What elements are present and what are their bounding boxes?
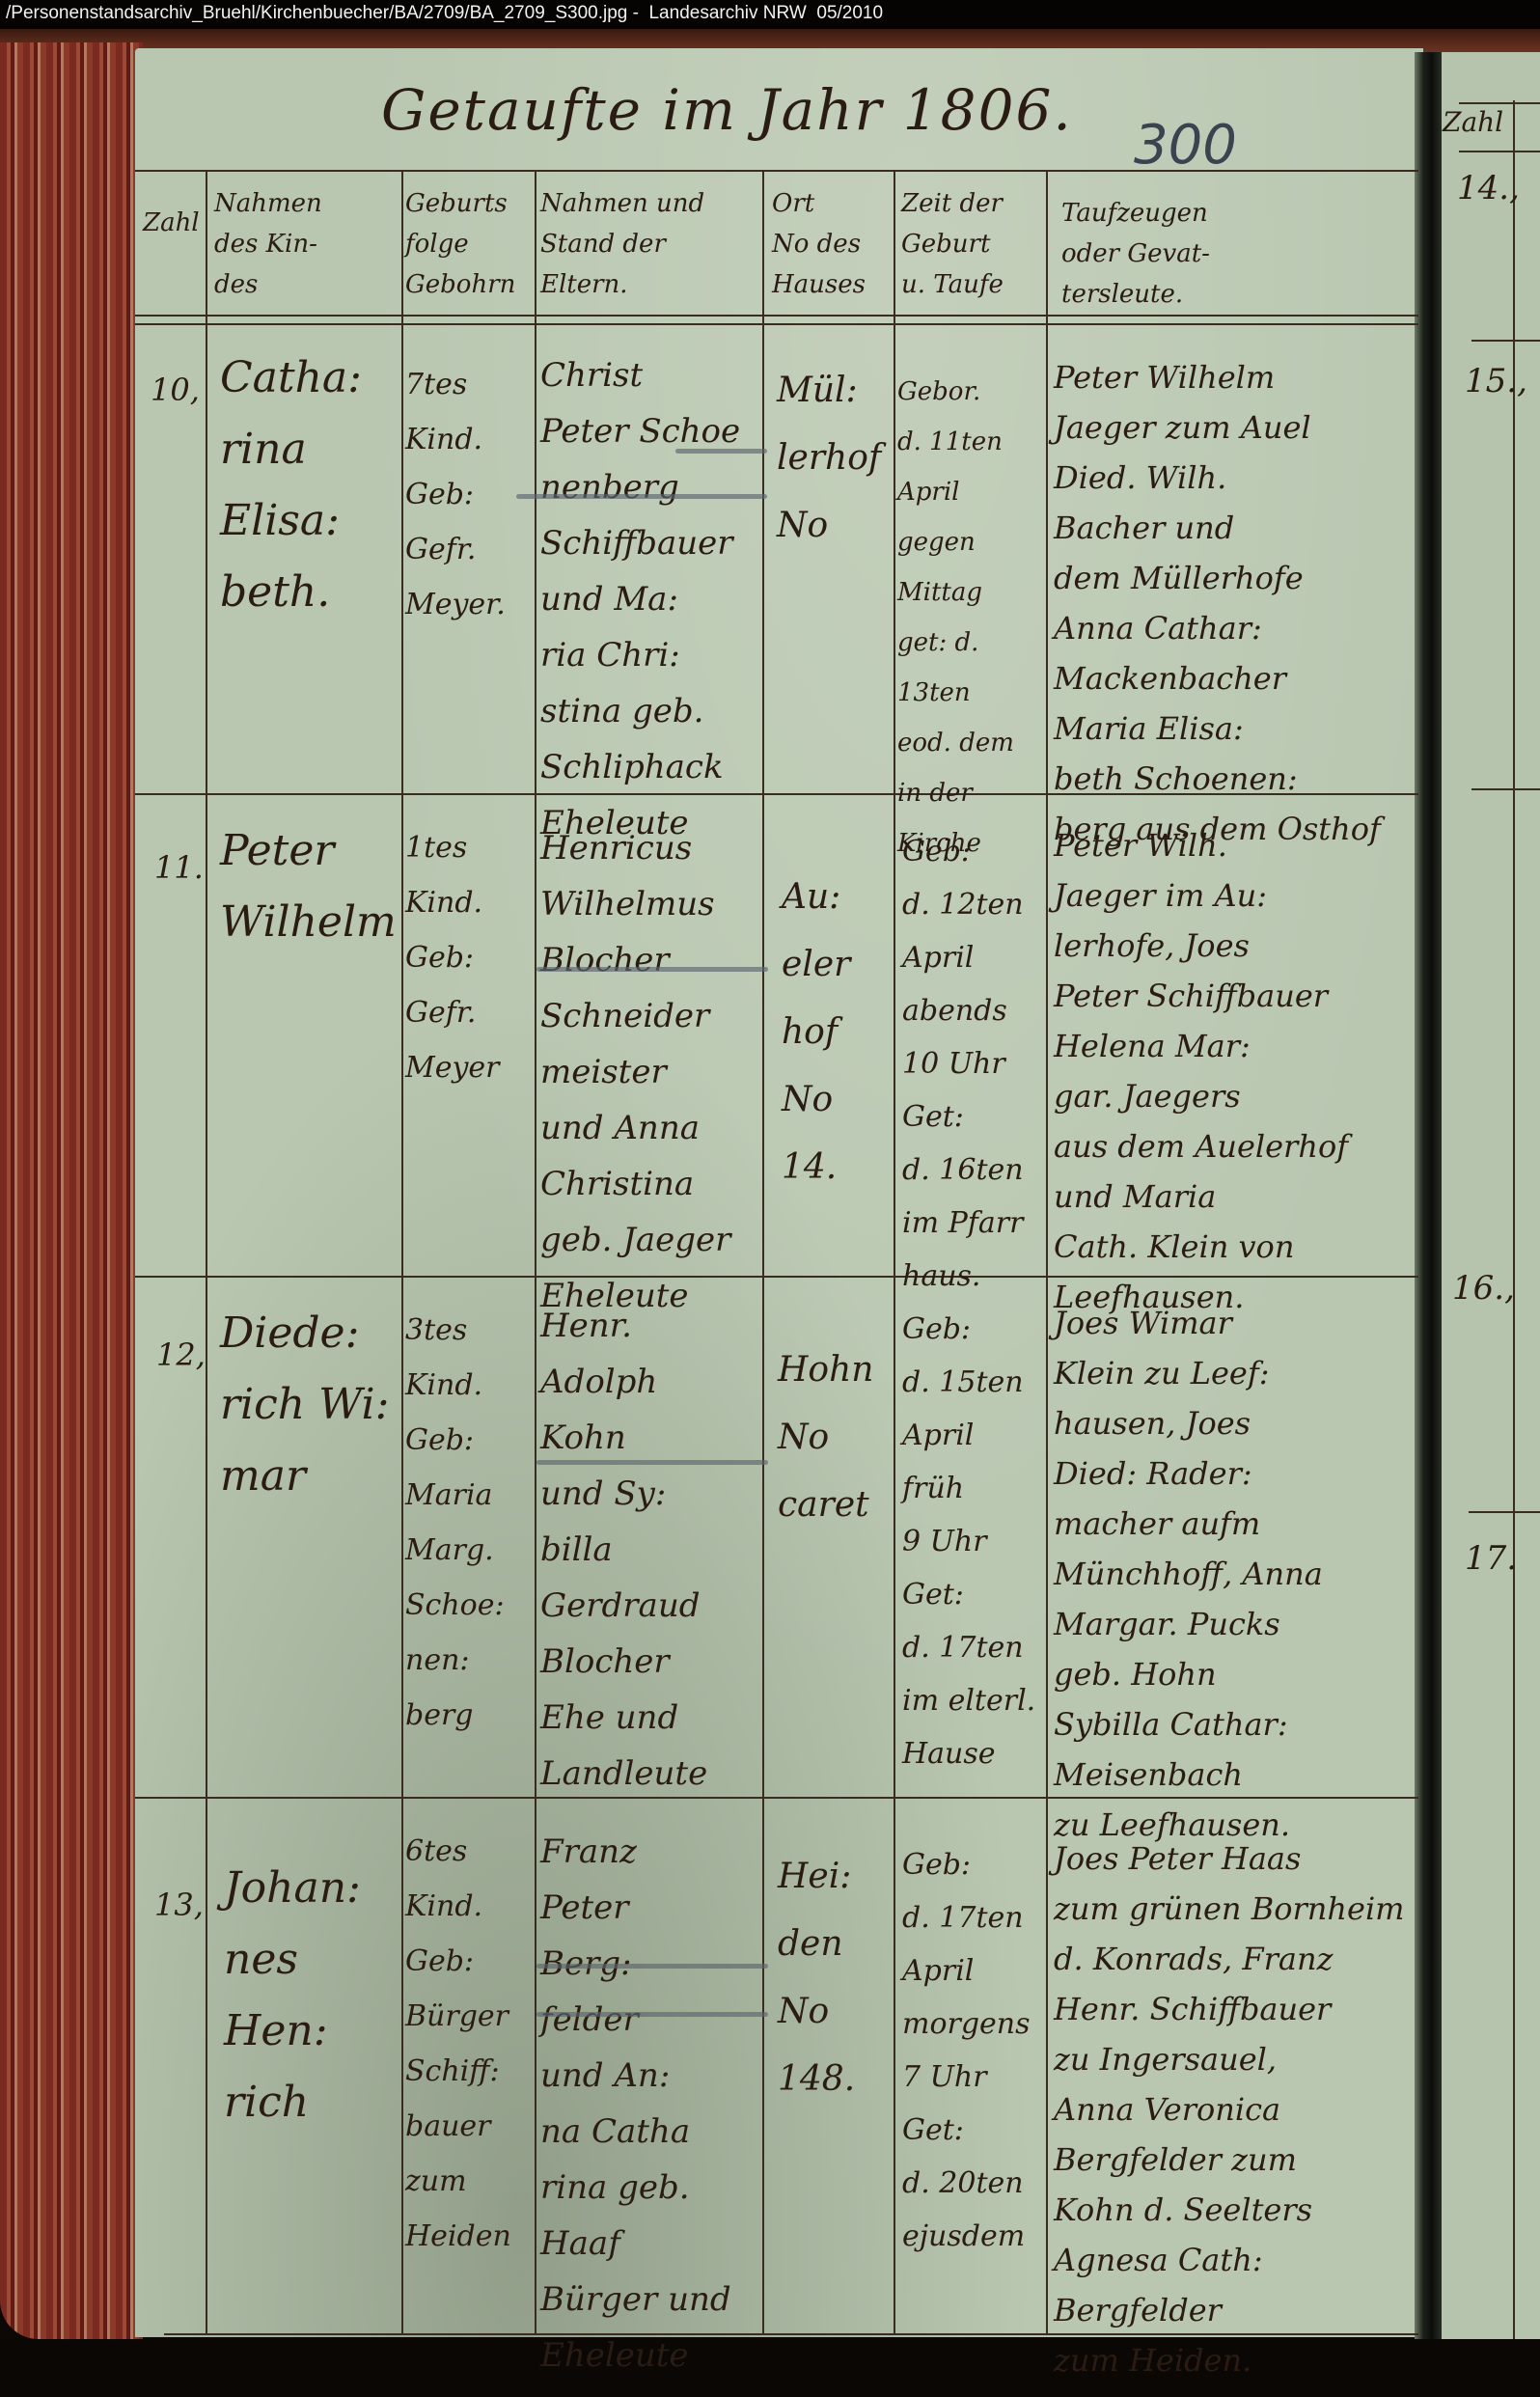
parents: Henr. Adolph Kohn und Sy: billa Gerdraud…: [540, 1298, 760, 1802]
birth-order: 7tes Kind. Geb: Gefr. Meyer.: [405, 357, 533, 632]
pencil-underline: [516, 494, 767, 499]
birth-baptism-date: Geb: d. 17ten April morgens 7 Uhr Get: d…: [902, 1838, 1047, 2263]
birth-baptism-date: Gebor. d. 11ten April gegen Mittag get: …: [897, 367, 1046, 868]
right-page-header-zahl: Zahl: [1443, 106, 1503, 138]
house-place: Mül: lerhof No: [777, 357, 891, 560]
pencil-underline: [536, 1964, 768, 1969]
child-name: Catha: rina Elisa: beth.: [220, 343, 399, 628]
parents: Franz Peter Berg: felder und An: na Cath…: [540, 1824, 760, 2383]
house-place: Hohn No caret: [778, 1336, 892, 1539]
right-page-header-rule: [1459, 102, 1540, 104]
book-gutter: [1415, 52, 1444, 2339]
godparents: Peter Wilhelm Jaeger zum Auel Died. Wilh…: [1054, 352, 1413, 854]
header-parents: Nahmen und Stand der Eltern.: [540, 183, 760, 305]
birth-order: 3tes Kind. Geb: Maria Marg. Schoe: nen: …: [405, 1303, 533, 1743]
child-name: Diede: rich Wi: mar: [220, 1298, 399, 1512]
pencil-underline: [675, 449, 767, 454]
entry-number: 11.: [154, 849, 204, 886]
header-name: Nahmen des Kin- des: [214, 183, 398, 305]
entry-number: 12,: [156, 1336, 206, 1373]
birth-baptism-date: Geb: d. 12ten April abends 10 Uhr Get: d…: [902, 825, 1047, 1303]
header-bottom-rule: [135, 315, 1418, 317]
right-page-row-rule: [1471, 340, 1540, 342]
header-bottom-rule-2: [135, 323, 1418, 325]
house-place: Hei: den No 148.: [778, 1843, 892, 2113]
header-order: Geburts folge Gebohrn: [405, 183, 533, 305]
right-page-row-rule: [1469, 1511, 1540, 1513]
file-caption: /Personenstandsarchiv_Bruehl/Kirchenbuec…: [0, 0, 1540, 29]
header-sponsors: Taufzeugen oder Gevat- tersleute.: [1061, 193, 1409, 315]
header-time: Zeit der Geburt u. Taufe: [901, 183, 1044, 305]
birth-order: 6tes Kind. Geb: Bürger Schiff: bauer zum…: [405, 1824, 533, 2264]
pencil-underline: [536, 1460, 768, 1465]
page-number: 300: [1134, 114, 1237, 177]
right-page-row-rule: [1471, 788, 1540, 790]
right-page-entry-number: 17.: [1465, 1539, 1517, 1578]
parents: Christ Peter Schoe nenberg Schiffbauer u…: [540, 347, 760, 851]
godparents: Peter Wilh. Jaeger im Au: lerhofe, Joes …: [1054, 820, 1413, 1322]
entry-number: 10,: [151, 372, 200, 408]
book-page-edges: [0, 42, 143, 2339]
page-title: Getaufte im Jahr 1806.: [381, 77, 1073, 143]
right-page-header-bottom: [1459, 151, 1540, 152]
header-top-rule: [135, 170, 1418, 172]
header-zahl: Zahl: [143, 203, 205, 243]
right-page-entry-number: 16.,: [1452, 1269, 1515, 1308]
pencil-underline: [536, 2012, 768, 2017]
col-rule-1: [206, 170, 207, 2335]
right-page-entry-number: 15.,: [1465, 362, 1527, 400]
parents: Henricus Wilhelmus Blocher Schneider mei…: [540, 820, 760, 1324]
col-rule-5: [894, 170, 895, 2335]
godparents: Joes Peter Haas zum grünen Bornheim d. K…: [1054, 1833, 1413, 2385]
header-place: Ort No des Hauses: [772, 183, 892, 305]
birth-baptism-date: Geb: d. 15ten April früh 9 Uhr Get: d. 1…: [902, 1303, 1047, 1780]
right-page-col-rule: [1513, 100, 1515, 2339]
house-place: Au: eler hof No 14.: [782, 864, 892, 1201]
child-name: Peter Wilhelm: [220, 815, 399, 958]
child-name: Johan: nes Hen: rich: [224, 1853, 399, 2138]
pencil-underline: [536, 967, 768, 972]
birth-order: 1tes Kind. Geb: Gefr. Meyer: [405, 820, 533, 1095]
entry-number: 13,: [154, 1887, 204, 1923]
godparents: Joes Wimar Klein zu Leef: hausen, Joes D…: [1054, 1298, 1413, 1850]
right-page-entry-number: 14.,: [1457, 169, 1520, 207]
col-rule-2: [401, 170, 403, 2335]
